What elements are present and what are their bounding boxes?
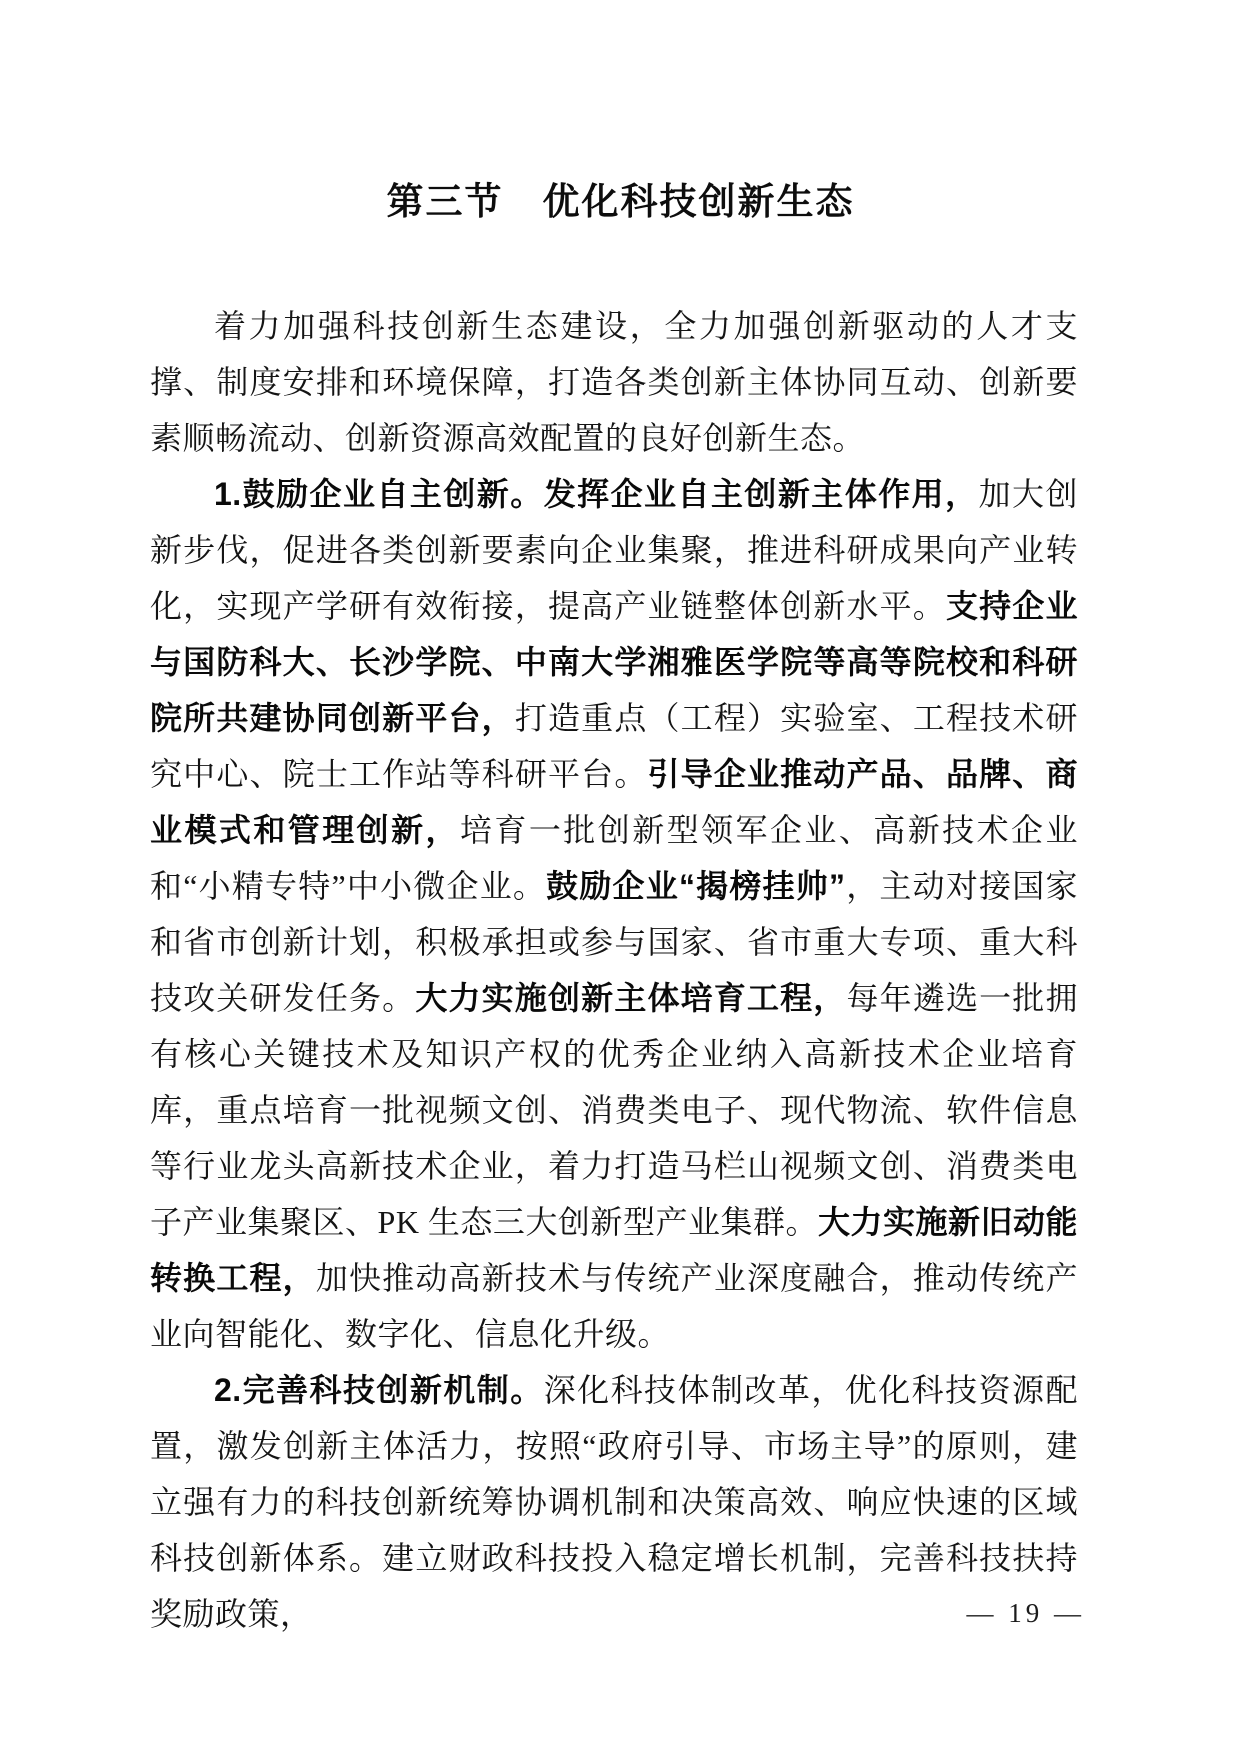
text-run: 着力加强科技创新生态建设，全力加强创新驱动的人才支撑、制度安排和环境保障，打造各…: [150, 308, 1078, 456]
bold-text-run: 大力实施创新主体培育工程，: [415, 980, 846, 1016]
bold-text-run: 鼓励企业“揭榜挂帅”: [546, 868, 845, 904]
bold-text-run: 2.完善科技创新机制。: [214, 1372, 544, 1408]
page-footer: — 19 —: [967, 1596, 1086, 1630]
paragraph: 2.完善科技创新机制。深化科技体制改革，优化科技资源配置，激发创新主体活力，按照…: [150, 1362, 1078, 1642]
bold-text-run: 1.鼓励企业自主创新。发挥企业自主创新主体作用，: [214, 476, 979, 512]
document-body: 着力加强科技创新生态建设，全力加强创新驱动的人才支撑、制度安排和环境保障，打造各…: [150, 298, 1078, 1642]
text-run: 深化科技体制改革，优化科技资源配置，激发创新主体活力，按照“政府引导、市场主导”…: [150, 1372, 1078, 1632]
document-page: 第三节 优化科技创新生态 着力加强科技创新生态建设，全力加强创新驱动的人才支撑、…: [0, 0, 1241, 1754]
text-run: 每年遴选一批拥有核心关键技术及知识产权的优秀企业纳入高新技术企业培育库，重点培育…: [150, 980, 1078, 1240]
paragraph: 1.鼓励企业自主创新。发挥企业自主创新主体作用，加大创新步伐，促进各类创新要素向…: [150, 466, 1078, 1362]
section-title: 第三节 优化科技创新生态: [0, 182, 1241, 223]
page-number: — 19 —: [967, 1598, 1086, 1628]
paragraph: 着力加强科技创新生态建设，全力加强创新驱动的人才支撑、制度安排和环境保障，打造各…: [150, 298, 1078, 466]
